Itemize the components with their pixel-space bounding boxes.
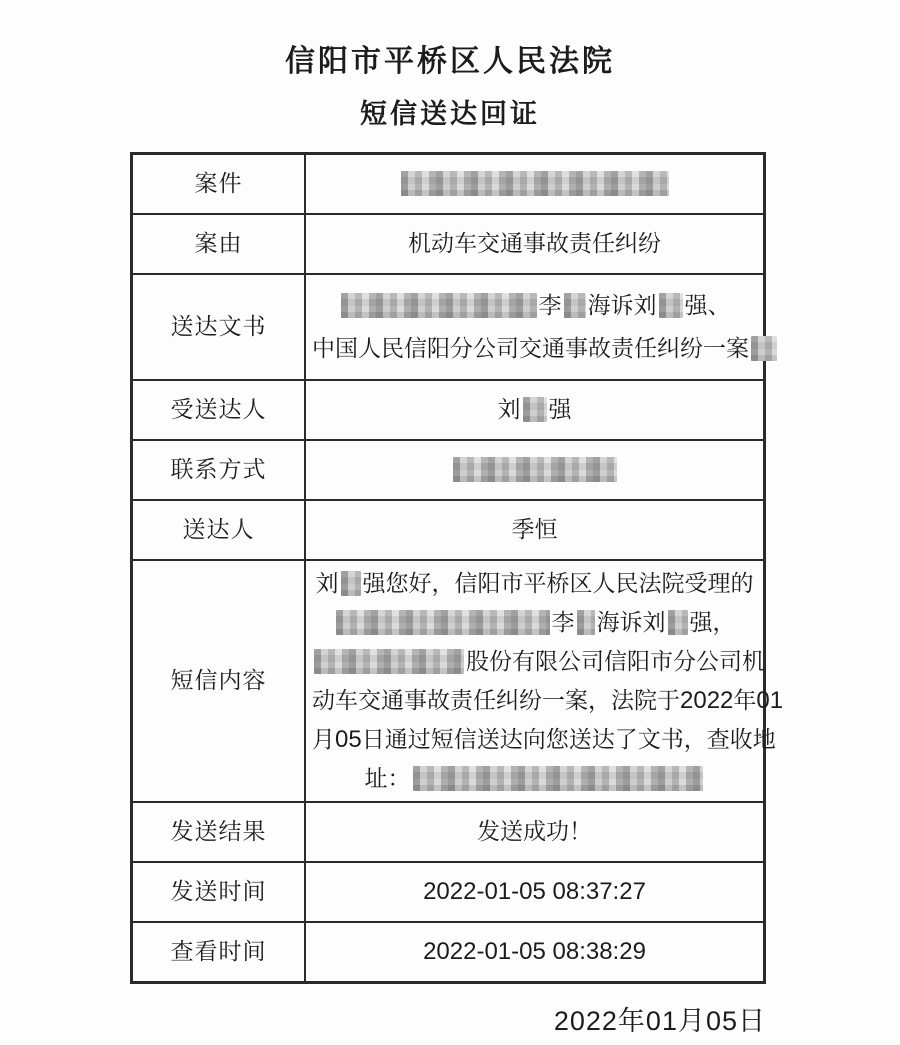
table-row-server: 送达人季恒 xyxy=(132,500,765,560)
value-line: 月05日通过短信送达向您送达了文书，查收地 xyxy=(312,720,757,759)
redacted-block xyxy=(523,397,547,422)
text-segment: 股份有限公司信阳市分公司机 xyxy=(466,649,765,674)
text-segment: 2022-01-05 08:38:29 xyxy=(423,938,646,965)
table-row-send-time: 发送时间2022-01-05 08:37:27 xyxy=(132,862,765,922)
text-segment: 中国人民信阳分公司交通事故责任纠纷一案 xyxy=(312,336,749,361)
row-label-send-time: 发送时间 xyxy=(132,862,306,922)
value-line: 中国人民信阳分公司交通事故责任纠纷一案 xyxy=(312,327,757,370)
text-segment: 月 xyxy=(312,727,335,752)
row-label-sms-content: 短信内容 xyxy=(132,560,306,802)
redacted-block xyxy=(341,571,361,596)
row-value-view-time: 2022-01-05 08:38:29 xyxy=(305,922,765,983)
value-line xyxy=(312,164,757,204)
value-line xyxy=(312,450,757,490)
value-line: 动车交通事故责任纠纷一案，法院于2022年01 xyxy=(312,681,757,720)
redacted-block xyxy=(314,649,464,674)
row-value-server: 季恒 xyxy=(305,500,765,560)
text-segment: 01 xyxy=(756,687,783,714)
row-value-served-document: 李海诉刘强、中国人民信阳分公司交通事故责任纠纷一案 xyxy=(305,274,765,380)
table-row-case-number: 案件 xyxy=(132,154,765,215)
text-segment: 海诉刘 xyxy=(597,610,666,635)
text-segment: 强 xyxy=(549,397,572,422)
value-line: 机动车交通事故责任纠纷 xyxy=(312,224,757,264)
text-segment: 刘 xyxy=(316,571,339,596)
value-line: 刘强 xyxy=(312,390,757,430)
text-segment: 强您好，信阳市平桥区人民法院受理的 xyxy=(363,571,754,596)
table-row-contact: 联系方式 xyxy=(132,440,765,500)
redacted-block xyxy=(341,293,537,318)
text-segment: 发送成功！ xyxy=(477,819,592,844)
value-line: 股份有限公司信阳市分公司机 xyxy=(312,642,757,681)
value-line: 2022-01-05 08:37:27 xyxy=(312,872,757,912)
text-segment: 强， xyxy=(690,610,736,635)
table-row-cause-of-action: 案由机动车交通事故责任纠纷 xyxy=(132,214,765,274)
court-title: 信阳市平桥区人民法院 xyxy=(0,42,900,82)
row-value-case-number xyxy=(305,154,765,215)
row-label-send-result: 发送结果 xyxy=(132,802,306,862)
row-label-case-number: 案件 xyxy=(132,154,306,215)
row-value-contact xyxy=(305,440,765,500)
text-segment: 季恒 xyxy=(512,517,558,542)
text-segment: 李 xyxy=(552,610,575,635)
text-segment: 址： xyxy=(365,766,411,791)
value-line: 址： xyxy=(312,759,757,798)
document-title: 短信送达回证 xyxy=(0,95,900,133)
table-row-served-document: 送达文书李海诉刘强、中国人民信阳分公司交通事故责任纠纷一案 xyxy=(132,274,765,380)
text-segment: 强、 xyxy=(685,293,731,318)
table-row-view-time: 查看时间2022-01-05 08:38:29 xyxy=(132,922,765,983)
text-segment: 机动车交通事故责任纠纷 xyxy=(408,231,661,256)
row-label-served-document: 送达文书 xyxy=(132,274,306,380)
receipt-table-body: 案件案由机动车交通事故责任纠纷送达文书李海诉刘强、中国人民信阳分公司交通事故责任… xyxy=(132,154,765,983)
document-page: 信阳市平桥区人民法院 短信送达回证 案件案由机动车交通事故责任纠纷送达文书李海诉… xyxy=(0,0,900,1038)
value-line: 2022-01-05 08:38:29 xyxy=(312,932,757,972)
row-label-contact: 联系方式 xyxy=(132,440,306,500)
text-segment: 年 xyxy=(733,688,756,713)
footer-date: 2022年01月05日 xyxy=(0,999,766,1038)
text-segment: 海诉刘 xyxy=(588,293,657,318)
row-value-recipient: 刘强 xyxy=(305,380,765,440)
receipt-table: 案件案由机动车交通事故责任纠纷送达文书李海诉刘强、中国人民信阳分公司交通事故责任… xyxy=(130,152,766,984)
text-segment: 2022-01-05 08:37:27 xyxy=(423,878,646,905)
row-value-send-time: 2022-01-05 08:37:27 xyxy=(305,862,765,922)
table-row-recipient: 受送达人刘强 xyxy=(132,380,765,440)
redacted-block xyxy=(668,610,688,635)
redacted-block xyxy=(659,293,683,318)
row-label-cause-of-action: 案由 xyxy=(132,214,306,274)
row-label-view-time: 查看时间 xyxy=(132,922,306,983)
redacted-block xyxy=(413,766,703,791)
text-segment: 李 xyxy=(539,293,562,318)
redacted-block xyxy=(453,457,617,482)
redacted-block xyxy=(564,293,586,318)
table-row-sms-content: 短信内容刘强您好，信阳市平桥区人民法院受理的李海诉刘强，股份有限公司信阳市分公司… xyxy=(132,560,765,802)
row-value-cause-of-action: 机动车交通事故责任纠纷 xyxy=(305,214,765,274)
value-line: 发送成功！ xyxy=(312,812,757,852)
redacted-block xyxy=(336,610,550,635)
value-line: 季恒 xyxy=(312,510,757,550)
row-label-recipient: 受送达人 xyxy=(132,380,306,440)
value-line: 刘强您好，信阳市平桥区人民法院受理的 xyxy=(312,564,757,603)
row-value-sms-content: 刘强您好，信阳市平桥区人民法院受理的李海诉刘强，股份有限公司信阳市分公司机动车交… xyxy=(305,560,765,802)
text-segment: 2022 xyxy=(680,687,733,714)
text-segment: 动车交通事故责任纠纷一案，法院于 xyxy=(312,688,680,713)
value-line: 李海诉刘强、 xyxy=(312,284,757,327)
text-segment: 刘 xyxy=(498,397,521,422)
redacted-block xyxy=(401,171,669,196)
redacted-block xyxy=(751,336,777,361)
row-label-server: 送达人 xyxy=(132,500,306,560)
row-value-send-result: 发送成功！ xyxy=(305,802,765,862)
text-segment: 05 xyxy=(335,726,362,753)
text-segment: 日通过短信送达向您送达了文书，查收地 xyxy=(362,727,776,752)
table-row-send-result: 发送结果发送成功！ xyxy=(132,802,765,862)
value-line: 李海诉刘强， xyxy=(312,603,757,642)
redacted-block xyxy=(577,610,595,635)
